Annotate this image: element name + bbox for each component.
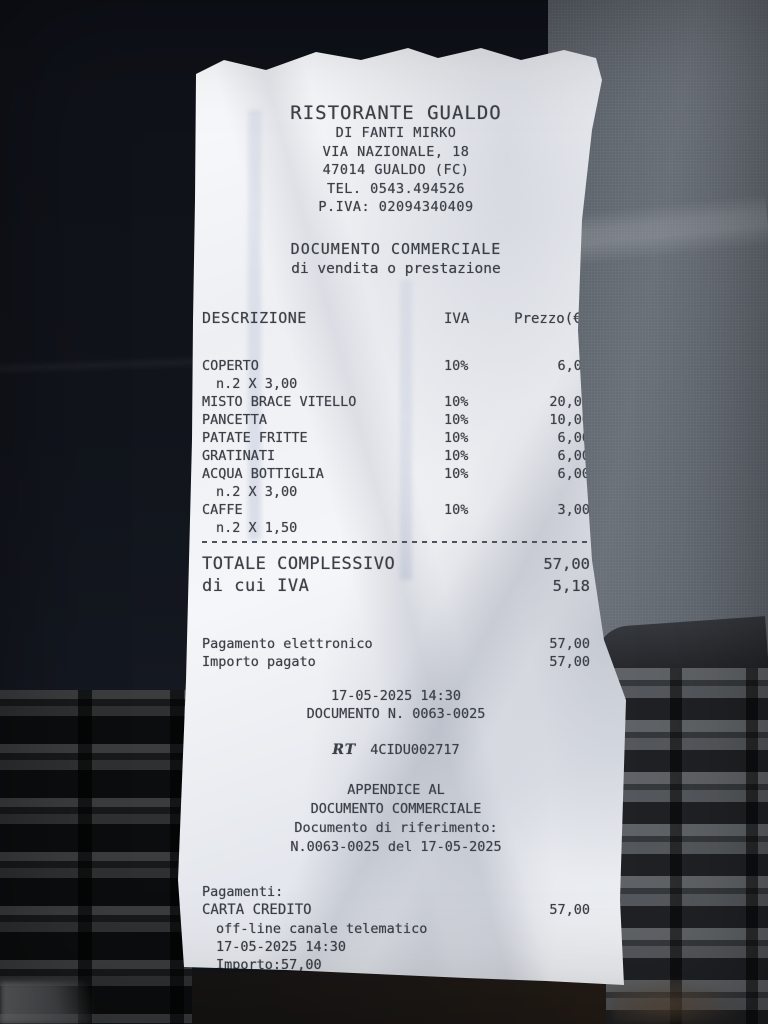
item-price: 6,00 (506, 429, 590, 448)
appendix-line: DOCUMENTO COMMERCIALE (202, 800, 590, 819)
item-description: GRATINATI (202, 447, 444, 466)
column-price: Prezzo(€) (506, 310, 590, 329)
table-header: DESCRIZIONE IVA Prezzo(€) (202, 309, 590, 331)
amount-paid-value: 57,00 (500, 653, 590, 672)
payment-method-label: Pagamento elettronico (202, 635, 500, 654)
item-qty-line: n.2 X 1,50 (202, 519, 590, 537)
item-iva: 10% (444, 465, 506, 484)
item-description: PANCETTA (202, 411, 444, 430)
item-qty-line: n.2 X 3,00 (202, 483, 590, 501)
merchant-phone: TEL. 0543.494526 (202, 180, 590, 199)
appendix-line: APPENDICE AL (202, 781, 590, 800)
item-row: PATATE FRITTE 10% 6,00 (202, 429, 590, 447)
payment-card-method: CARTA CREDITO (202, 901, 500, 920)
document-datetime: 17-05-2025 14:30 (202, 687, 590, 705)
floor-highlight-brown (612, 978, 742, 1024)
paper-receipt: RISTORANTE GUALDO DI FANTI MIRKO VIA NAZ… (176, 40, 634, 992)
item-price: 6,00 (506, 447, 590, 466)
item-description: CAFFE (202, 501, 444, 520)
merchant-address: VIA NAZIONALE, 18 (202, 143, 590, 162)
appendix-line: N.0063-0025 del 17-05-2025 (202, 838, 590, 857)
item-qty-line: n.2 X 3,00 (202, 375, 590, 393)
item-description: PATATE FRITTE (202, 429, 444, 448)
column-iva: IVA (444, 310, 506, 329)
item-row: MISTO BRACE VITELLO 10% 20,00 (202, 393, 590, 411)
vat-value: 5,18 (500, 577, 590, 596)
payment-card-amount: 57,00 (500, 901, 590, 920)
item-description: MISTO BRACE VITELLO (202, 393, 444, 412)
merchant-vat: P.IVA: 02094340409 (202, 198, 590, 217)
vat-label: di cui IVA (202, 575, 500, 597)
rt-serial: 4CIDU002717 (370, 742, 459, 758)
photo-of-receipt: { "receipt": { "merchant": { "name": "RI… (0, 0, 768, 1024)
item-price: 6,00 (506, 465, 590, 484)
item-row: COPERTO 10% 6,00 (202, 357, 590, 375)
item-iva: 10% (444, 393, 506, 412)
item-row: ACQUA BOTTIGLIA 10% 6,00 (202, 465, 590, 483)
item-iva: 10% (444, 429, 506, 448)
document-number: DOCUMENTO N. 0063-0025 (202, 705, 590, 723)
merchant-name: RISTORANTE GUALDO (202, 102, 590, 124)
payment-datetime: 17-05-2025 14:30 (202, 938, 590, 956)
item-row: GRATINATI 10% 6,00 (202, 447, 590, 465)
document-subtitle: di vendita o prestazione (202, 259, 590, 279)
item-price: 6,00 (506, 357, 590, 376)
item-row: CAFFE 10% 3,00 (202, 501, 590, 519)
appendix-section: APPENDICE AL DOCUMENTO COMMERCIALE Docum… (202, 781, 590, 857)
merchant-city: 47014 GUALDO (FC) (202, 161, 590, 180)
wicker-chair-left (0, 690, 192, 1024)
rt-logo: RT (332, 742, 356, 758)
amount-paid-label: Importo pagato (202, 653, 500, 672)
payment-summary: Pagamento elettronico 57,00 Importo paga… (202, 635, 590, 671)
item-iva: 10% (444, 357, 506, 376)
item-description: COPERTO (202, 357, 444, 376)
item-row: PANCETTA 10% 10,00 (202, 411, 590, 429)
item-description: ACQUA BOTTIGLIA (202, 465, 444, 484)
dashed-separator (202, 541, 590, 543)
merchant-owner: DI FANTI MIRKO (202, 124, 590, 143)
item-price: 20,00 (506, 393, 590, 412)
floor-highlight-left (0, 982, 92, 1024)
item-iva: 10% (444, 411, 506, 430)
item-iva: 10% (444, 501, 506, 520)
column-description: DESCRIZIONE (202, 309, 444, 328)
wicker-chair-right (606, 668, 768, 1024)
total-value: 57,00 (500, 555, 590, 574)
payment-amount-line: Importo:57,00 (202, 956, 590, 974)
item-price: 10,00 (506, 411, 590, 430)
document-title: DOCUMENTO COMMERCIALE (202, 239, 590, 259)
total-label: TOTALE COMPLESSIVO (202, 553, 500, 575)
payment-method-value: 57,00 (500, 635, 590, 654)
totals-section: TOTALE COMPLESSIVO 57,00 di cui IVA 5,18 (202, 553, 590, 597)
payment-channel: off-line canale telematico (202, 920, 590, 938)
items-list: COPERTO 10% 6,00 n.2 X 3,00 MISTO BRACE … (202, 357, 590, 537)
item-iva: 10% (444, 447, 506, 466)
rt-serial-line: RT4CIDU002717 (202, 741, 590, 759)
payments-title: Pagamenti: (202, 883, 590, 901)
item-price: 3,00 (506, 501, 590, 520)
appendix-line: Documento di riferimento: (202, 819, 590, 838)
document-info: 17-05-2025 14:30 DOCUMENTO N. 0063-0025 (202, 687, 590, 723)
payments-detail-section: Pagamenti: CARTA CREDITO 57,00 off-line … (202, 883, 590, 974)
receipt-content: RISTORANTE GUALDO DI FANTI MIRKO VIA NAZ… (176, 40, 634, 974)
